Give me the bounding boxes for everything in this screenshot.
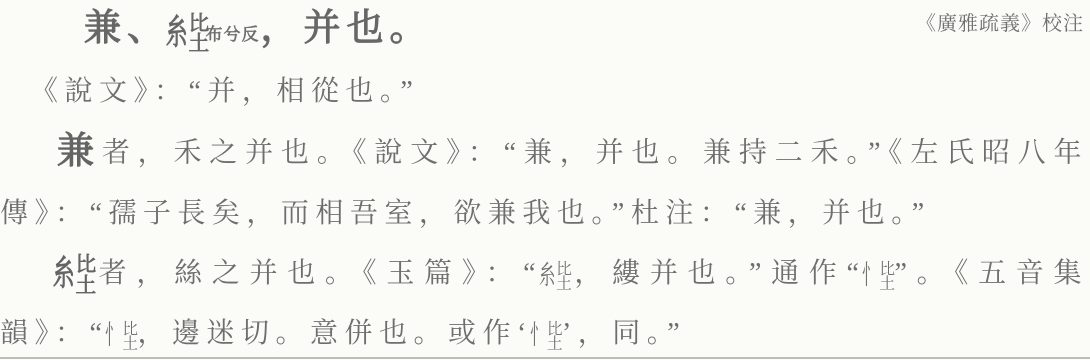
rare-char-stack: 比土 — [123, 322, 138, 350]
rare-char-stack: 比土 — [880, 262, 895, 290]
lead-rare-char-si-bi: 糸比土 — [57, 255, 95, 292]
paragraph-jian: 兼者，禾之并也。《說文》：“兼，并也。兼持二禾。”《左氏昭八年傳》：“孺子長矣，… — [0, 122, 1088, 244]
headword-rare-char-si-bi: 糸比土 — [170, 14, 208, 51]
document-page: 兼、糸比土布兮反，并也。 《廣雅疏義》校注 《說文》：“并，相從也。” 兼者，禾… — [0, 0, 1090, 360]
rare-char-xin-bi: 忄比土 — [865, 262, 894, 290]
paragraph-shuowen: 《說文》：“并，相從也。” — [0, 62, 1088, 122]
entry-header: 兼、糸比土布兮反，并也。 《廣雅疏義》校注 — [0, 0, 1090, 62]
rare-char-xin-bi: 忄比土 — [108, 322, 137, 350]
entry-body: 《說文》：“并，相從也。” 兼者，禾之并也。《說文》：“兼，并也。兼持二禾。”《… — [0, 62, 1090, 360]
entry-headline: 兼、糸比土布兮反，并也。 — [84, 5, 432, 59]
rare-char-stack: 比土 — [76, 255, 95, 292]
paragraph-bi-s5: ’，同。” — [562, 318, 686, 349]
paragraph-bi: 糸比土者，絲之并也。《玉篇》：“糸比土，縷并也。”通作“忄比土”。《五音集韻》：… — [0, 244, 1088, 360]
headword-jian: 兼、 — [84, 8, 170, 49]
fanqie-annotation: 布兮反 — [205, 25, 259, 44]
heart-radical: 忄 — [109, 322, 118, 350]
heart-radical: 忄 — [533, 322, 542, 350]
lead-char-jian: 兼 — [57, 131, 102, 172]
paragraph-jian-text: 者，禾之并也。《說文》：“兼，并也。兼持二禾。”《左氏昭八年傳》：“孺子長矣，而… — [0, 138, 1088, 229]
heart-radical: 忄 — [866, 262, 875, 290]
running-title: 《廣雅疏義》校注 — [916, 7, 1084, 36]
paragraph-bi-s1: 者，絲之并也。《玉篇》：“ — [95, 258, 542, 289]
paragraph-bi-s4: ，邊迷切。意併也。或作‘ — [138, 318, 533, 349]
silk-radical: 糸 — [171, 14, 183, 51]
rare-char-stack: 比土 — [557, 262, 572, 290]
silk-radical: 糸 — [58, 255, 70, 292]
silk-radical: 糸 — [543, 262, 552, 290]
entry-gloss: ，并也。 — [260, 8, 432, 49]
rare-char-si-bi: 糸比土 — [542, 262, 571, 290]
rare-char-stack: 比土 — [547, 322, 562, 350]
page-bottom-rule — [0, 357, 1090, 359]
paragraph-bi-s2: ，縷并也。”通作“ — [571, 258, 865, 289]
rare-char-xin-bi: 忄比土 — [533, 322, 562, 350]
